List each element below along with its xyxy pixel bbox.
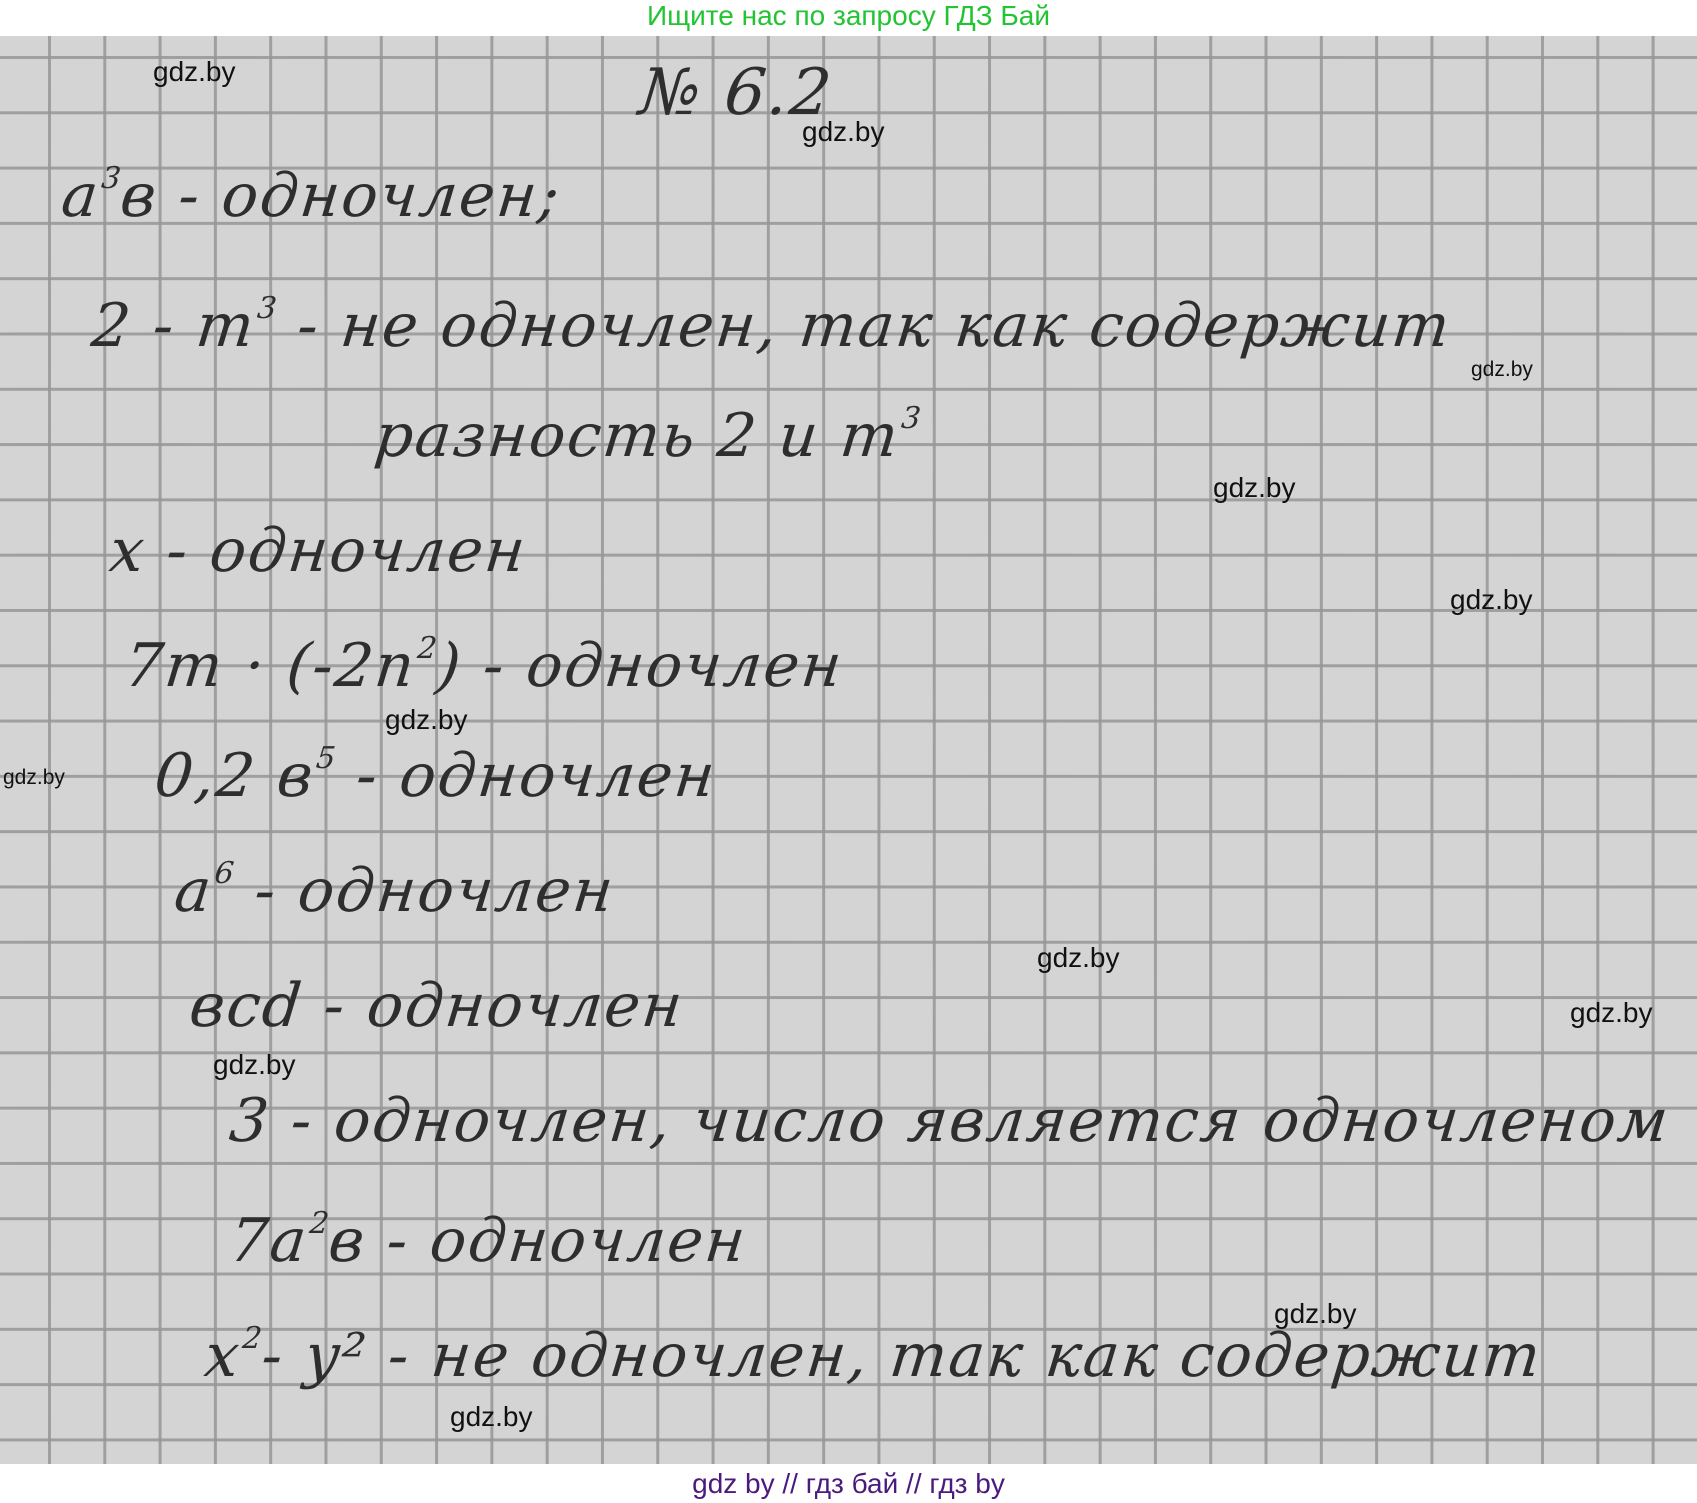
answer-line: 0,2 в5 - одночлен bbox=[151, 741, 720, 811]
watermark: gdz.by bbox=[1213, 472, 1296, 504]
answer-line: a6 - одночлен bbox=[171, 856, 618, 926]
footer-banner: gdz by // гдз бай // гдз by bbox=[0, 1466, 1697, 1503]
watermark: gdz.by bbox=[385, 704, 468, 736]
answer-line: вcd - одночлен bbox=[186, 971, 687, 1041]
answer-line: разность 2 и m3 bbox=[371, 401, 924, 471]
watermark: gdz.by bbox=[1274, 1298, 1357, 1330]
watermark: gdz.by bbox=[1037, 942, 1120, 974]
watermark: gdz.by bbox=[3, 766, 65, 790]
answer-line: 7a2в - одночлен bbox=[226, 1206, 750, 1276]
answer-line: a3в - одночлен; bbox=[58, 161, 564, 231]
answer-line: 3 - одночлен, число является одночленом bbox=[226, 1086, 1673, 1156]
watermark: gdz.by bbox=[1471, 358, 1533, 382]
watermark: gdz.by bbox=[450, 1401, 533, 1433]
answer-line: x2- y² - не одночлен, так как содержит bbox=[201, 1321, 1545, 1391]
answer-line: 2 - m3 - не одночлен, так как содержит bbox=[88, 291, 1454, 361]
notebook-page: № 6.2 a3в - одночлен; 2 - m3 - не одночл… bbox=[0, 36, 1697, 1464]
watermark: gdz.by bbox=[1450, 584, 1533, 616]
watermark: gdz.by bbox=[1570, 997, 1653, 1029]
watermark: gdz.by bbox=[802, 116, 885, 148]
answer-line: 7m · (-2n2) - одночлен bbox=[121, 631, 846, 701]
watermark: gdz.by bbox=[153, 56, 236, 88]
search-banner: Ищите нас по запросу ГДЗ Бай bbox=[0, 0, 1697, 34]
answer-line: x - одночлен bbox=[106, 516, 530, 586]
watermark: gdz.by bbox=[213, 1049, 296, 1081]
